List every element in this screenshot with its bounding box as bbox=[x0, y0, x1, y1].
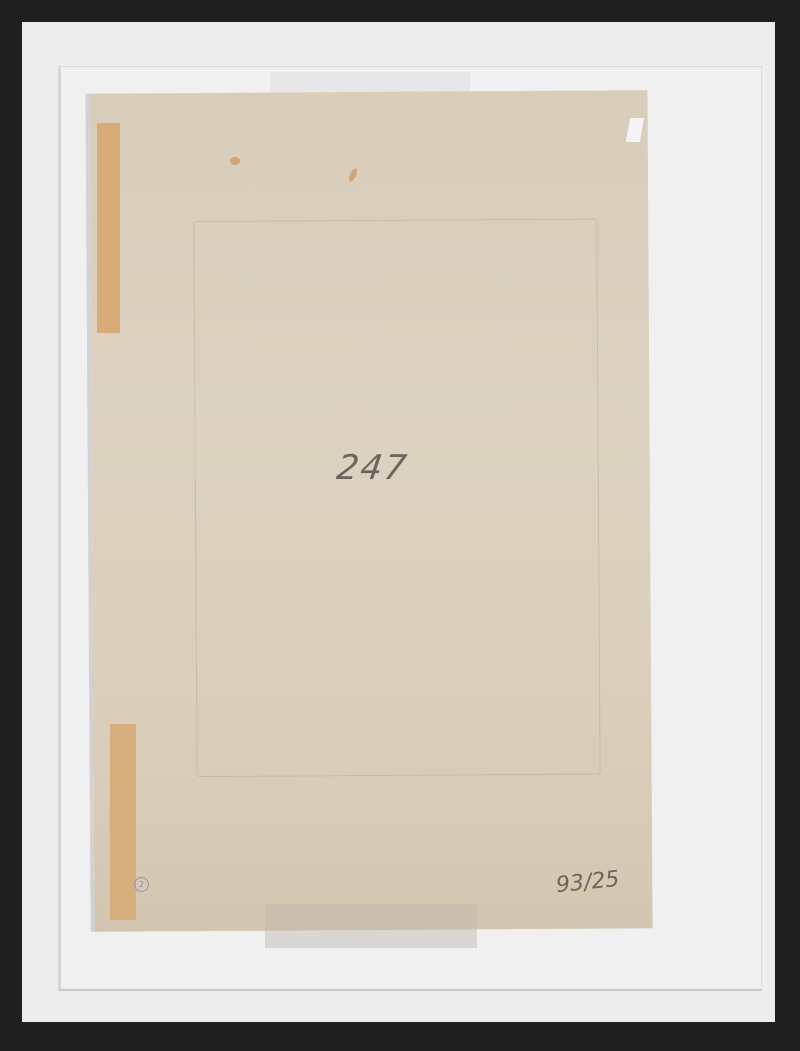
collector-stamp: 2 bbox=[134, 877, 149, 892]
plate-mark bbox=[193, 219, 600, 777]
hinge-tape-bottom bbox=[265, 904, 477, 948]
hinge-tape-left-bottom bbox=[110, 724, 136, 920]
hinge-tape-left-top bbox=[97, 123, 120, 333]
pencil-number: 247 bbox=[334, 448, 411, 488]
print-reverse bbox=[89, 90, 652, 931]
foxing-stain bbox=[230, 157, 240, 165]
